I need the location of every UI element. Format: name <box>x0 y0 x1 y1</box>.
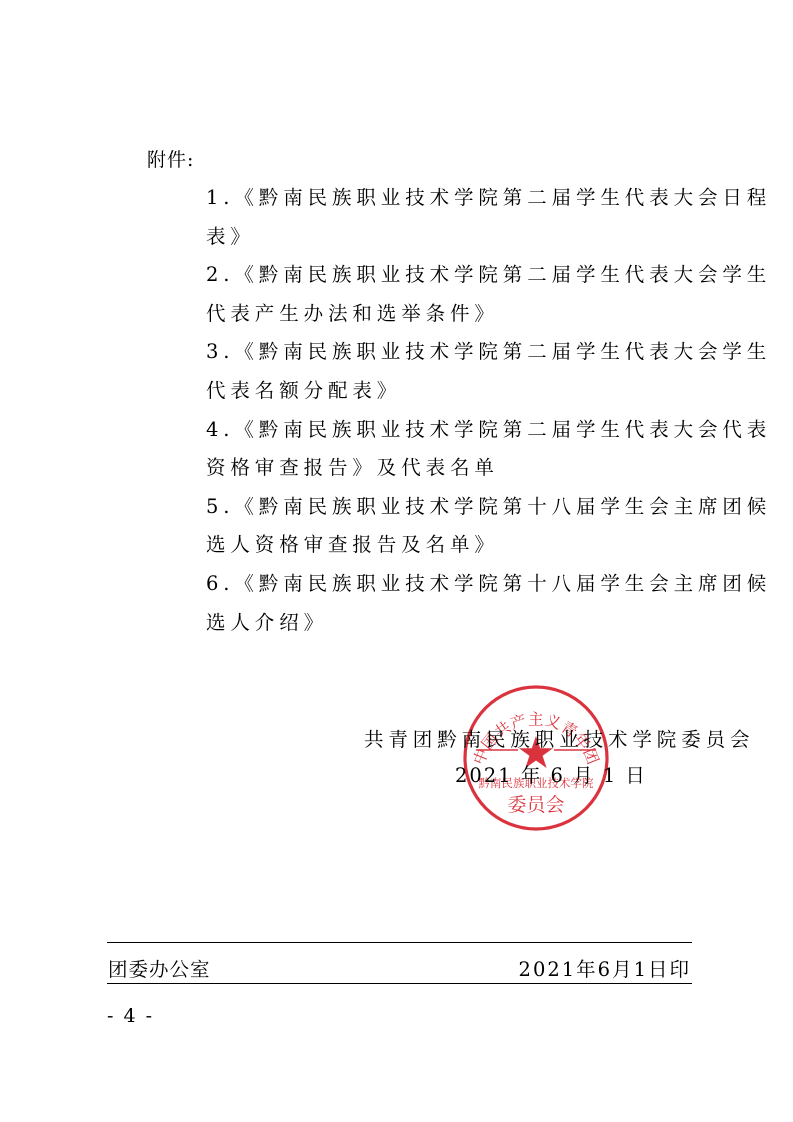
attachment-item-4: 4.《黔南民族职业技术学院第二届学生代表大会代表 资格审查报告》及代表名单 <box>206 416 696 493</box>
attachments-label: 附件: <box>147 148 194 172</box>
attachment-item-6: 6.《黔南民族职业技术学院第十八届学生会主席团候 选人介绍》 <box>206 570 696 647</box>
footer-bottom-rule <box>107 983 692 984</box>
document-page: 附件: 1.《黔南民族职业技术学院第二届学生代表大会日程 表》 2.《黔南民族职… <box>0 0 793 1122</box>
seal-bottom-text: 委员会 <box>507 794 564 816</box>
official-seal-icon: 中国共产主义青年团 黔南民族职业技术学院 委员会 <box>462 684 610 832</box>
signature-date: 2021 年 6 月 1 日 <box>455 764 647 788</box>
attachment-line: 6.《黔南民族职业技术学院第十八届学生会主席团候 <box>206 570 696 609</box>
attachment-item-5: 5.《黔南民族职业技术学院第十八届学生会主席团候 选人资格审查报告及名单》 <box>206 493 696 570</box>
attachments-list: 1.《黔南民族职业技术学院第二届学生代表大会日程 表》 2.《黔南民族职业技术学… <box>206 184 696 647</box>
attachment-line: 表》 <box>206 223 696 262</box>
attachment-line: 5.《黔南民族职业技术学院第十八届学生会主席团候 <box>206 493 696 532</box>
footer-top-rule <box>107 942 692 943</box>
attachment-item-2: 2.《黔南民族职业技术学院第二届学生代表大会学生 代表产生办法和选举条件》 <box>206 261 696 338</box>
attachment-item-3: 3.《黔南民族职业技术学院第二届学生代表大会学生 代表名额分配表》 <box>206 338 696 415</box>
attachment-line: 代表产生办法和选举条件》 <box>206 300 696 339</box>
attachment-line: 选人介绍》 <box>206 609 696 648</box>
page-number: - 4 - <box>107 1004 154 1028</box>
attachment-line: 1.《黔南民族职业技术学院第二届学生代表大会日程 <box>206 184 696 223</box>
attachment-line: 3.《黔南民族职业技术学院第二届学生代表大会学生 <box>206 338 696 377</box>
footer-issuer: 团委办公室 <box>108 958 211 982</box>
attachment-line: 资格审查报告》及代表名单 <box>206 454 696 493</box>
signature-organization: 共青团黔南民族职业技术学院委员会 <box>364 728 754 752</box>
attachment-line: 2.《黔南民族职业技术学院第二届学生代表大会学生 <box>206 261 696 300</box>
attachment-item-1: 1.《黔南民族职业技术学院第二届学生代表大会日程 表》 <box>206 184 696 261</box>
attachment-line: 4.《黔南民族职业技术学院第二届学生代表大会代表 <box>206 416 696 455</box>
attachment-line: 选人资格审查报告及名单》 <box>206 531 696 570</box>
attachment-line: 代表名额分配表》 <box>206 377 696 416</box>
footer-print-date: 2021年6月1日印 <box>519 958 691 982</box>
